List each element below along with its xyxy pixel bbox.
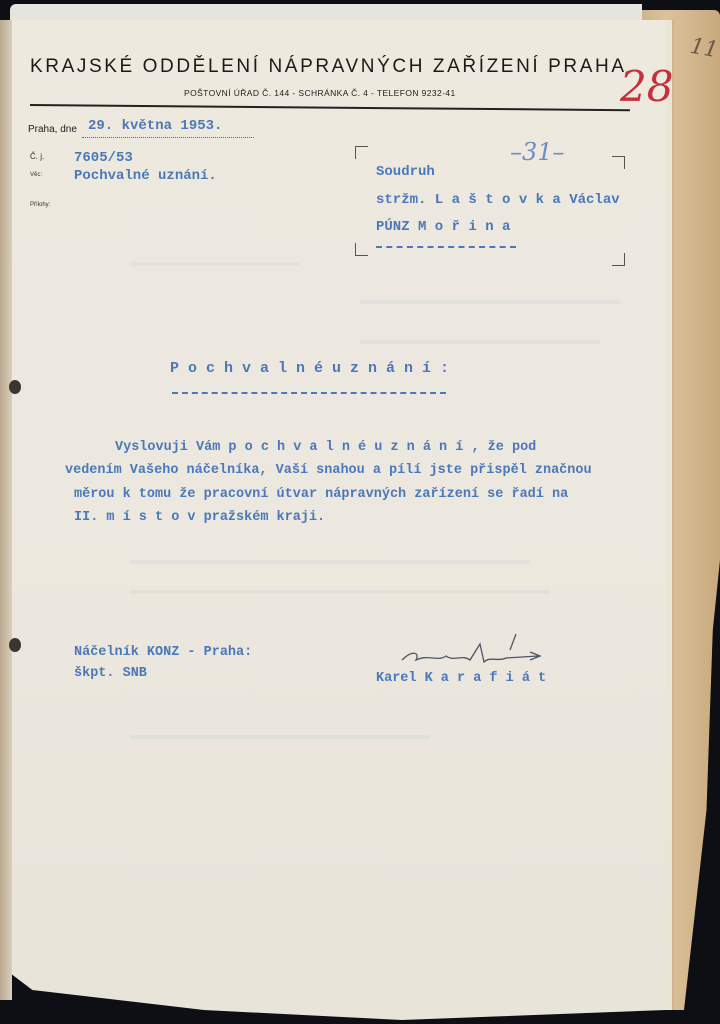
address-bracket (612, 156, 625, 169)
address-bracket (612, 253, 625, 266)
date-value: 29. května 1953. (88, 118, 222, 134)
body-line-4: II. m í s t o v pražském kraji. (74, 510, 325, 525)
page-binding (0, 20, 12, 1000)
attachments-label: Přílohy: (30, 202, 50, 208)
place-label: Praha, dne (28, 124, 77, 135)
signature-left-line-2: škpt. SNB (74, 666, 147, 681)
punch-hole (9, 638, 21, 652)
punch-hole (9, 380, 21, 394)
ref-number: 7605/53 (74, 150, 133, 166)
address-bracket (355, 146, 368, 159)
recipient-underline (376, 246, 516, 248)
heading-underline (172, 392, 446, 394)
pencil-annotation: –31– (510, 138, 565, 166)
body-line-1: Vyslovuji Vám p o c h v a l n é u z n á … (115, 440, 536, 455)
signer-name: Karel K a r a f i á t (376, 671, 546, 686)
recipient-line-2: stržm. L a š t o v k a Václav (376, 192, 620, 208)
date-dotted-line (82, 137, 254, 138)
recipient-line-1: Soudruh (376, 164, 435, 180)
letter-heading: P o c h v a l n é u z n á n í : (170, 360, 449, 377)
recipient-line-3: PÚNZ M o ř i n a (376, 219, 510, 235)
body-line-3: měrou k tomu že pracovní útvar nápravnýc… (74, 487, 568, 502)
ref-label: Č. j. (30, 152, 44, 161)
body-line-2: vedením Vašeho náčelníka, Vaší snahou a … (65, 463, 592, 478)
red-page-number: 28 (620, 66, 673, 108)
letterhead-title: KRAJSKÉ ODDĚLENÍ NÁPRAVNÝCH ZAŘÍZENÍ PRA… (30, 56, 627, 78)
folder-number: 11 (688, 34, 720, 63)
subject-value: Pochvalné uznání. (74, 168, 217, 184)
handwritten-signature (398, 632, 548, 672)
letterhead-contact: POŠTOVNÍ ÚŘAD Č. 144 - SCHRÁNKA Č. 4 - T… (184, 88, 456, 98)
signature-left-line-1: Náčelník KONZ - Praha: (74, 645, 252, 660)
subject-label: Věc: (30, 172, 42, 178)
address-bracket (355, 243, 368, 256)
